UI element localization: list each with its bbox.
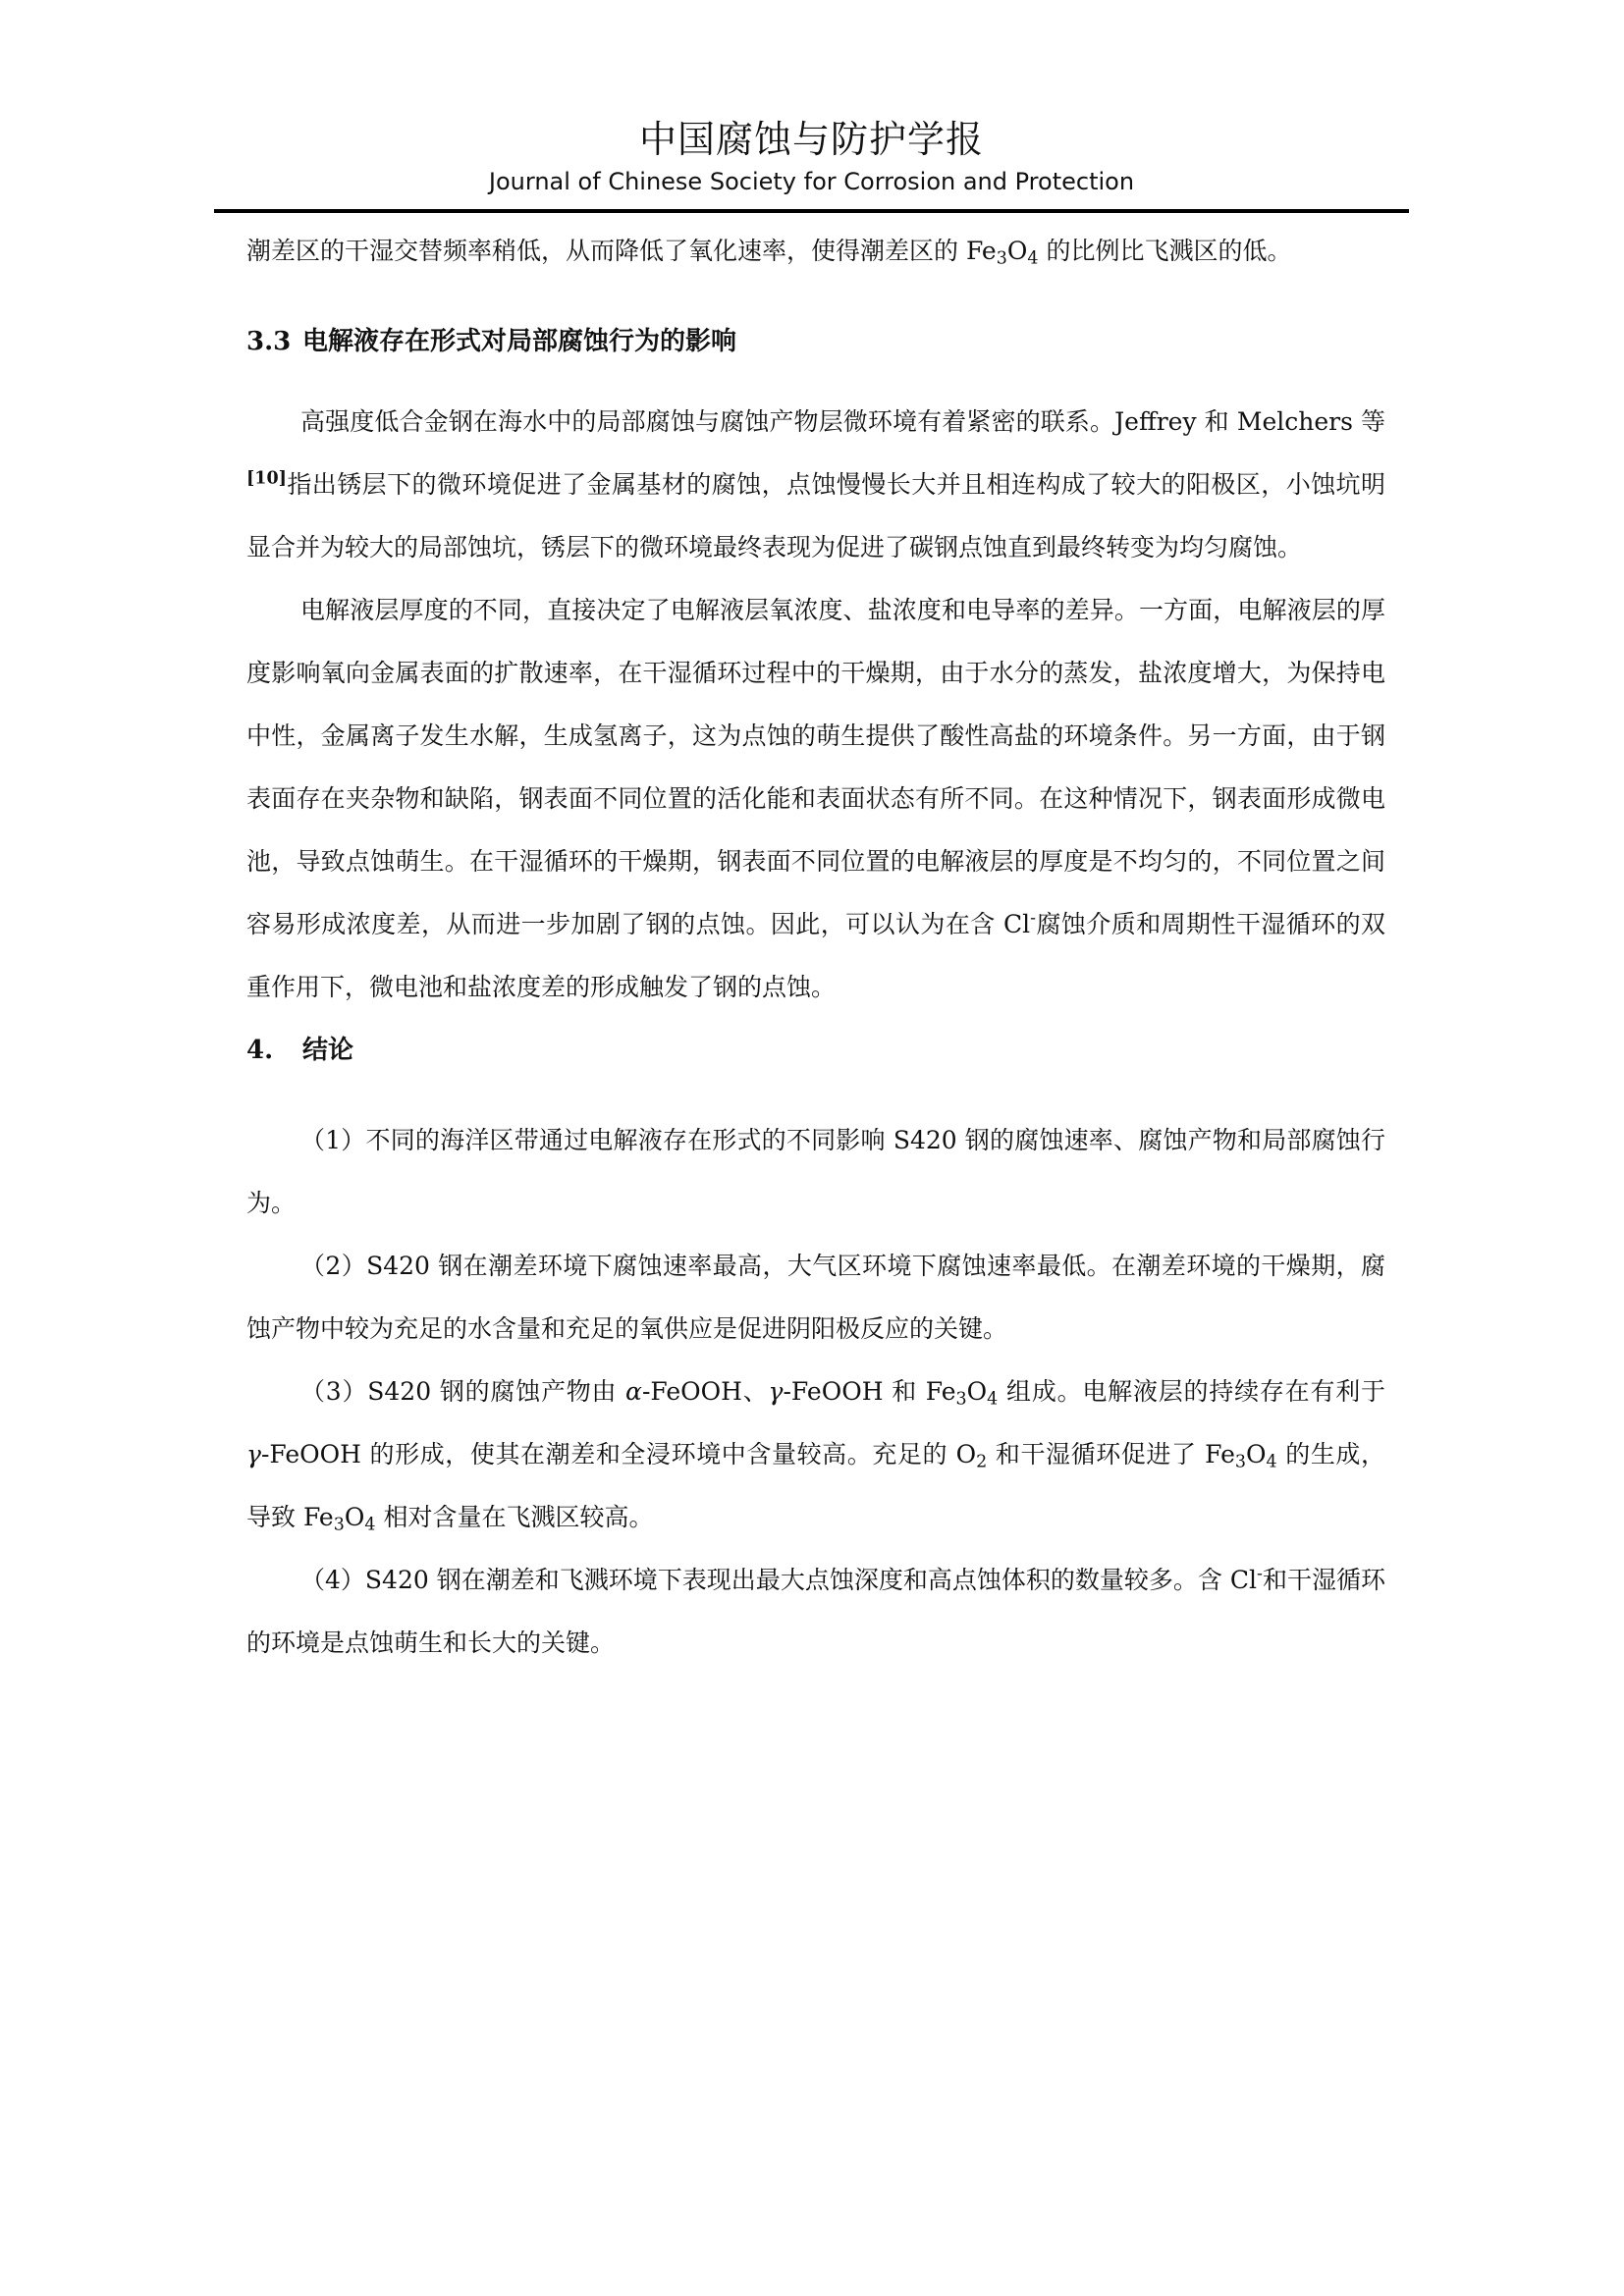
citation-ref: [10] [246, 468, 287, 488]
paragraph-1: 高强度低合金钢在海水中的局部腐蚀与腐蚀产物层微环境有着紧密的联系。Jeffrey… [246, 391, 1385, 579]
section-number: 3.3 [246, 310, 302, 373]
text: O [345, 1503, 365, 1531]
section-title: 结论 [302, 1036, 353, 1065]
conclusion-3: （3）S420 钢的腐蚀产物由 α-FeOOH、γ-FeOOH 和 Fe3O4 … [246, 1361, 1385, 1549]
text: O [1007, 237, 1028, 265]
greek-gamma: γ [246, 1440, 261, 1468]
text: 高强度低合金钢在海水中的局部腐蚀与腐蚀产物层微环境有着紧密的联系。Jeffrey… [300, 407, 1385, 436]
journal-title-cn: 中国腐蚀与防护学报 [214, 116, 1409, 163]
subscript: 3 [956, 1389, 967, 1409]
text: （3）S420 钢的腐蚀产物由 [300, 1377, 625, 1406]
greek-gamma: γ [769, 1377, 784, 1406]
text: O [1246, 1440, 1267, 1468]
page-header: 中国腐蚀与防护学报 Journal of Chinese Society for… [214, 116, 1409, 198]
paragraph-2: 电解液层厚度的不同，直接决定了电解液层氧浓度、盐浓度和电导率的差异。一方面，电解… [246, 579, 1385, 1019]
section-title: 电解液存在形式对局部腐蚀行为的影响 [302, 327, 736, 356]
conclusion-2: （2）S420 钢在潮差环境下腐蚀速率最高，大气区环境下腐蚀速率最低。在潮差环境… [246, 1235, 1385, 1361]
continued-paragraph: 潮差区的干湿交替频率稍低，从而降低了氧化速率，使得潮差区的 Fe3O4 的比例比… [246, 220, 1385, 283]
text: -FeOOH 的形成，使其在潮差和全浸环境中含量较高。充足的 O [261, 1440, 976, 1468]
text: 指出锈层下的微环境促进了金属基材的腐蚀，点蚀慢慢长大并且相连构成了较大的阳极区，… [246, 470, 1385, 561]
section-heading-3-3: 3.3电解液存在形式对局部腐蚀行为的影响 [246, 310, 1385, 373]
page-body: 潮差区的干湿交替频率稍低，从而降低了氧化速率，使得潮差区的 Fe3O4 的比例比… [246, 220, 1385, 1675]
subscript: 3 [334, 1515, 345, 1534]
conclusion-1: （1）不同的海洋区带通过电解液存在形式的不同影响 S420 钢的腐蚀速率、腐蚀产… [246, 1109, 1385, 1235]
section-number: 4. [246, 1019, 302, 1082]
journal-title-en: Journal of Chinese Society for Corrosion… [214, 165, 1409, 198]
header-divider [214, 209, 1409, 213]
text: -FeOOH 和 Fe [783, 1377, 955, 1406]
text: 和干湿循环促进了 Fe [987, 1440, 1235, 1468]
subscript: 2 [976, 1452, 987, 1471]
greek-alpha: α [625, 1377, 642, 1406]
text: O [967, 1377, 988, 1406]
text: （4）S420 钢在潮差和飞溅环境下表现出最大点蚀深度和高点蚀体积的数量较多。含… [300, 1566, 1257, 1594]
subscript: 4 [1027, 248, 1038, 268]
text: 潮差区的干湿交替频率稍低，从而降低了氧化速率，使得潮差区的 Fe [246, 237, 997, 265]
subscript: 4 [364, 1515, 375, 1534]
conclusion-4: （4）S420 钢在潮差和飞溅环境下表现出最大点蚀深度和高点蚀体积的数量较多。含… [246, 1549, 1385, 1675]
subscript: 3 [997, 248, 1007, 268]
text: 相对含量在飞溅区较高。 [376, 1503, 654, 1531]
text: 电解液层厚度的不同，直接决定了电解液层氧浓度、盐浓度和电导率的差异。一方面，电解… [246, 596, 1385, 938]
subscript: 4 [1267, 1452, 1277, 1471]
text: 组成。电解液层的持续存在有利于 [998, 1377, 1385, 1406]
text: -FeOOH、 [642, 1377, 769, 1406]
text: 的比例比飞溅区的低。 [1039, 237, 1292, 265]
subscript: 3 [1235, 1452, 1246, 1471]
subscript: 4 [987, 1389, 998, 1409]
section-heading-4: 4.结论 [246, 1019, 1385, 1082]
